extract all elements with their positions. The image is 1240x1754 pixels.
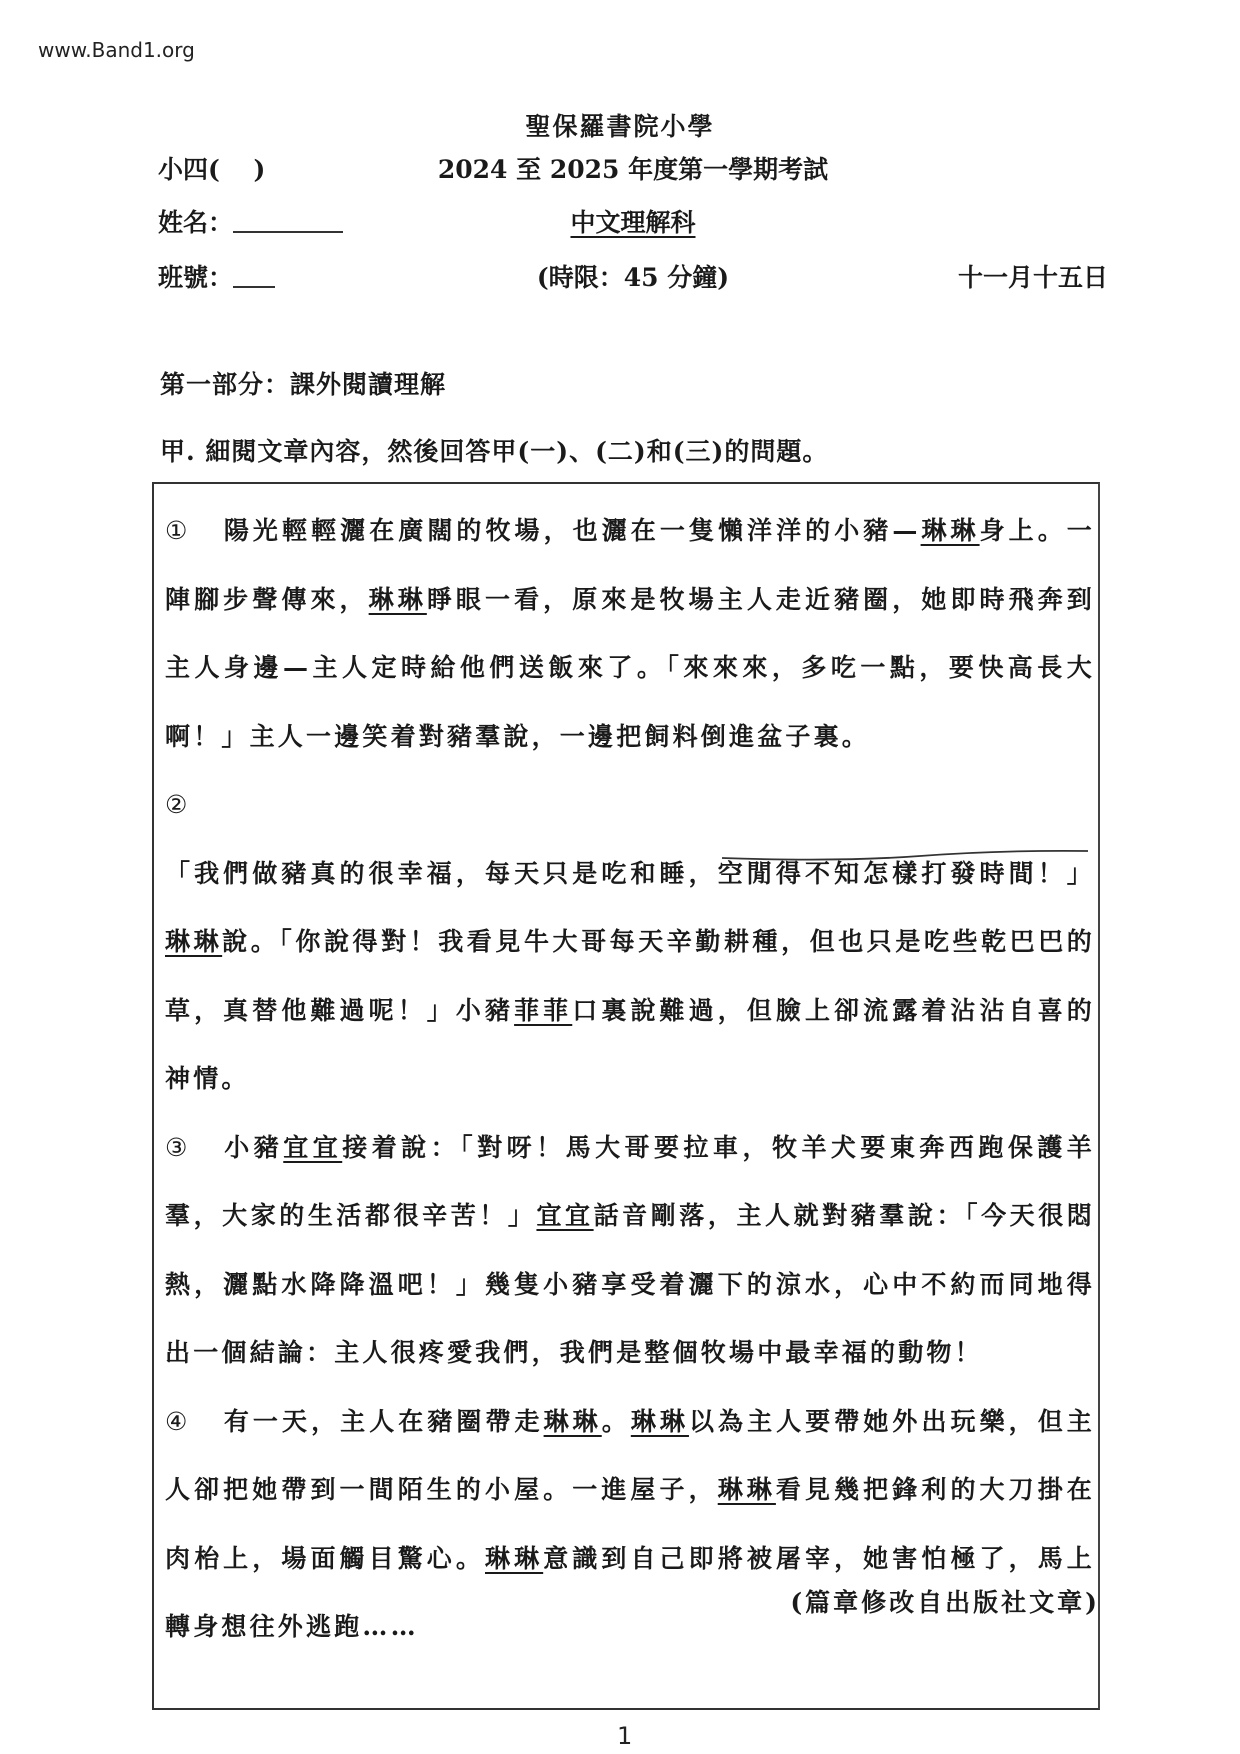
- text-segment: 有一天，主人在豬圈帶走: [223, 1407, 544, 1436]
- website-watermark: www.Band1.org: [38, 38, 195, 62]
- paragraph-2: ②「我們做豬真的很幸福，每天只是吃和睡，空閒得不知怎樣打發時間！」琳琳說。「你說…: [165, 771, 1095, 1114]
- character-name: 宜宜: [283, 1133, 342, 1162]
- section-instruction: 甲. 細閱文章內容，然後回答甲(一)、(二)和(三)的問題。: [160, 432, 828, 468]
- paragraph-1: ①陽光輕輕灑在廣闊的牧場，也灑在一隻懶洋洋的小豬—琳琳身上。一陣腳步聲傳來，琳琳…: [165, 497, 1095, 771]
- paragraph-number: ①: [165, 497, 223, 566]
- paragraph-number: ②: [165, 771, 203, 840]
- school-name: 聖保羅書院小學: [0, 107, 1240, 143]
- exam-date: 十一月十五日: [958, 258, 1108, 294]
- character-name: 琳琳: [718, 1475, 776, 1504]
- character-name: 琳琳: [544, 1407, 602, 1436]
- header-row-name-subject: 姓名： 中文理解科: [158, 203, 1108, 243]
- character-name: 琳琳: [921, 516, 980, 545]
- character-name: 琳琳: [485, 1544, 543, 1573]
- text-segment: 陽光輕輕灑在廣闊的牧場，也灑在一隻懶洋洋的小豬—: [223, 516, 921, 545]
- header-row-classno-time-date: 班號： (時限：45 分鐘) 十一月十五日: [158, 258, 1108, 298]
- paragraph-number: ③: [165, 1114, 223, 1183]
- character-name: 琳琳: [631, 1407, 689, 1436]
- section-title: 第一部分：課外閱讀理解: [160, 365, 446, 401]
- header-row-class-exam: 小四( ) 2024 至 2025 年度第一學期考試: [158, 150, 1108, 190]
- text-segment: 「我們做豬真的很幸福，每天只是吃和睡，空閒得不知怎樣打發時間！」: [165, 859, 1095, 888]
- paragraph-3: ③小豬宜宜接着說：「對呀！馬大哥要拉車，牧羊犬要東奔西跑保護羊羣，大家的生活都很…: [165, 1114, 1095, 1388]
- character-name: 菲菲: [514, 996, 572, 1025]
- subject-title-wrap: 中文理解科: [158, 203, 1108, 239]
- character-name: 琳琳: [165, 927, 222, 956]
- text-segment: 。: [602, 1407, 631, 1436]
- source-note: (篇章修改自出版社文章): [790, 1583, 1100, 1619]
- character-name: 宜宜: [536, 1201, 593, 1230]
- paragraph-4: ④有一天，主人在豬圈帶走琳琳。琳琳以為主人要帶她外出玩樂，但主人卻把她帶到一間陌…: [165, 1388, 1095, 1662]
- paragraph-number: ④: [165, 1388, 223, 1457]
- character-name: 琳琳: [369, 585, 427, 614]
- subject-title: 中文理解科: [570, 208, 695, 237]
- exam-title: 2024 至 2025 年度第一學期考試: [158, 150, 1108, 186]
- text-segment: 小豬: [223, 1133, 283, 1162]
- page-number: 1: [617, 1722, 632, 1750]
- passage-text: ①陽光輕輕灑在廣闊的牧場，也灑在一隻懶洋洋的小豬—琳琳身上。一陣腳步聲傳來，琳琳…: [165, 497, 1095, 1662]
